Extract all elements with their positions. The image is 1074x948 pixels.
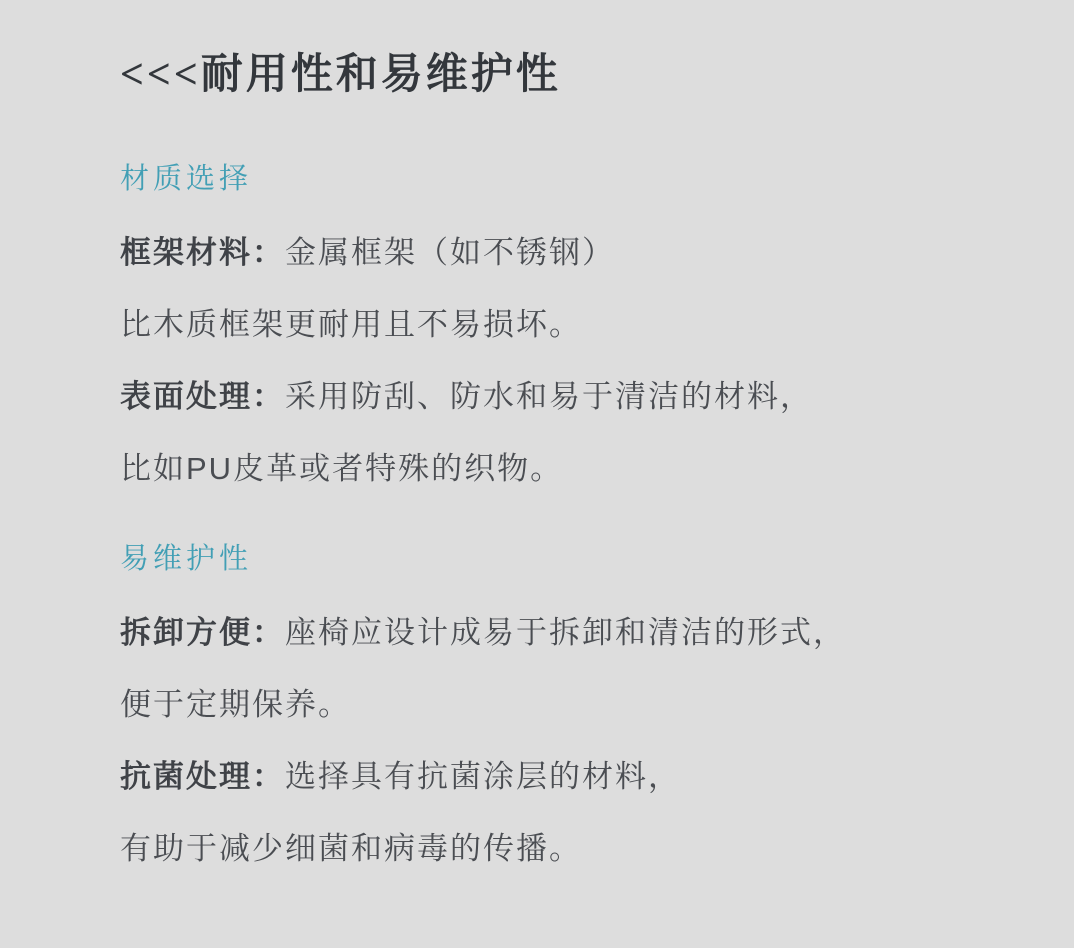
paragraph-text: 比木质框架更耐用且不易损坏。 xyxy=(120,307,582,342)
paragraph-label: 表面处理： xyxy=(120,379,285,414)
section-heading-material: 材质选择 xyxy=(120,160,1014,198)
paragraph-antibacterial: 抗菌处理：选择具有抗菌涂层的材料， xyxy=(120,756,1014,798)
paragraph-frame-material: 框架材料：金属框架（如不锈钢） xyxy=(120,232,1014,274)
paragraph-text: 比如PU皮革或者特殊的织物。 xyxy=(120,451,563,486)
paragraph-easy-disassembly: 拆卸方便：座椅应设计成易于拆卸和清洁的形式， xyxy=(120,612,1014,654)
paragraph-label: 框架材料： xyxy=(120,235,285,270)
section-heading-maintainability: 易维护性 xyxy=(120,540,1014,578)
paragraph-text: 金属框架（如不锈钢） xyxy=(285,235,615,270)
paragraph-text: 采用防刮、防水和易于清洁的材料， xyxy=(285,379,813,414)
paragraph-antibacterial-cont: 有助于减少细菌和病毒的传播。 xyxy=(120,828,1014,870)
paragraph-easy-disassembly-cont: 便于定期保养。 xyxy=(120,684,1014,726)
paragraph-text: 有助于减少细菌和病毒的传播。 xyxy=(120,831,582,866)
paragraph-text: 便于定期保养。 xyxy=(120,687,351,722)
paragraph-label: 拆卸方便： xyxy=(120,615,285,650)
paragraph-surface-treatment: 表面处理：采用防刮、防水和易于清洁的材料， xyxy=(120,376,1014,418)
paragraph-surface-treatment-cont: 比如PU皮革或者特殊的织物。 xyxy=(120,448,1014,490)
page-title: <<<耐用性和易维护性 xyxy=(120,50,1014,100)
section-maintainability: 易维护性 拆卸方便：座椅应设计成易于拆卸和清洁的形式， 便于定期保养。 抗菌处理… xyxy=(120,540,1014,870)
paragraph-label: 抗菌处理： xyxy=(120,759,285,794)
document-page: <<<耐用性和易维护性 材质选择 框架材料：金属框架（如不锈钢） 比木质框架更耐… xyxy=(0,0,1074,948)
section-material-selection: 材质选择 框架材料：金属框架（如不锈钢） 比木质框架更耐用且不易损坏。 表面处理… xyxy=(120,160,1014,490)
paragraph-frame-material-cont: 比木质框架更耐用且不易损坏。 xyxy=(120,304,1014,346)
paragraph-text: 选择具有抗菌涂层的材料， xyxy=(285,759,681,794)
paragraph-text: 座椅应设计成易于拆卸和清洁的形式， xyxy=(285,615,846,650)
